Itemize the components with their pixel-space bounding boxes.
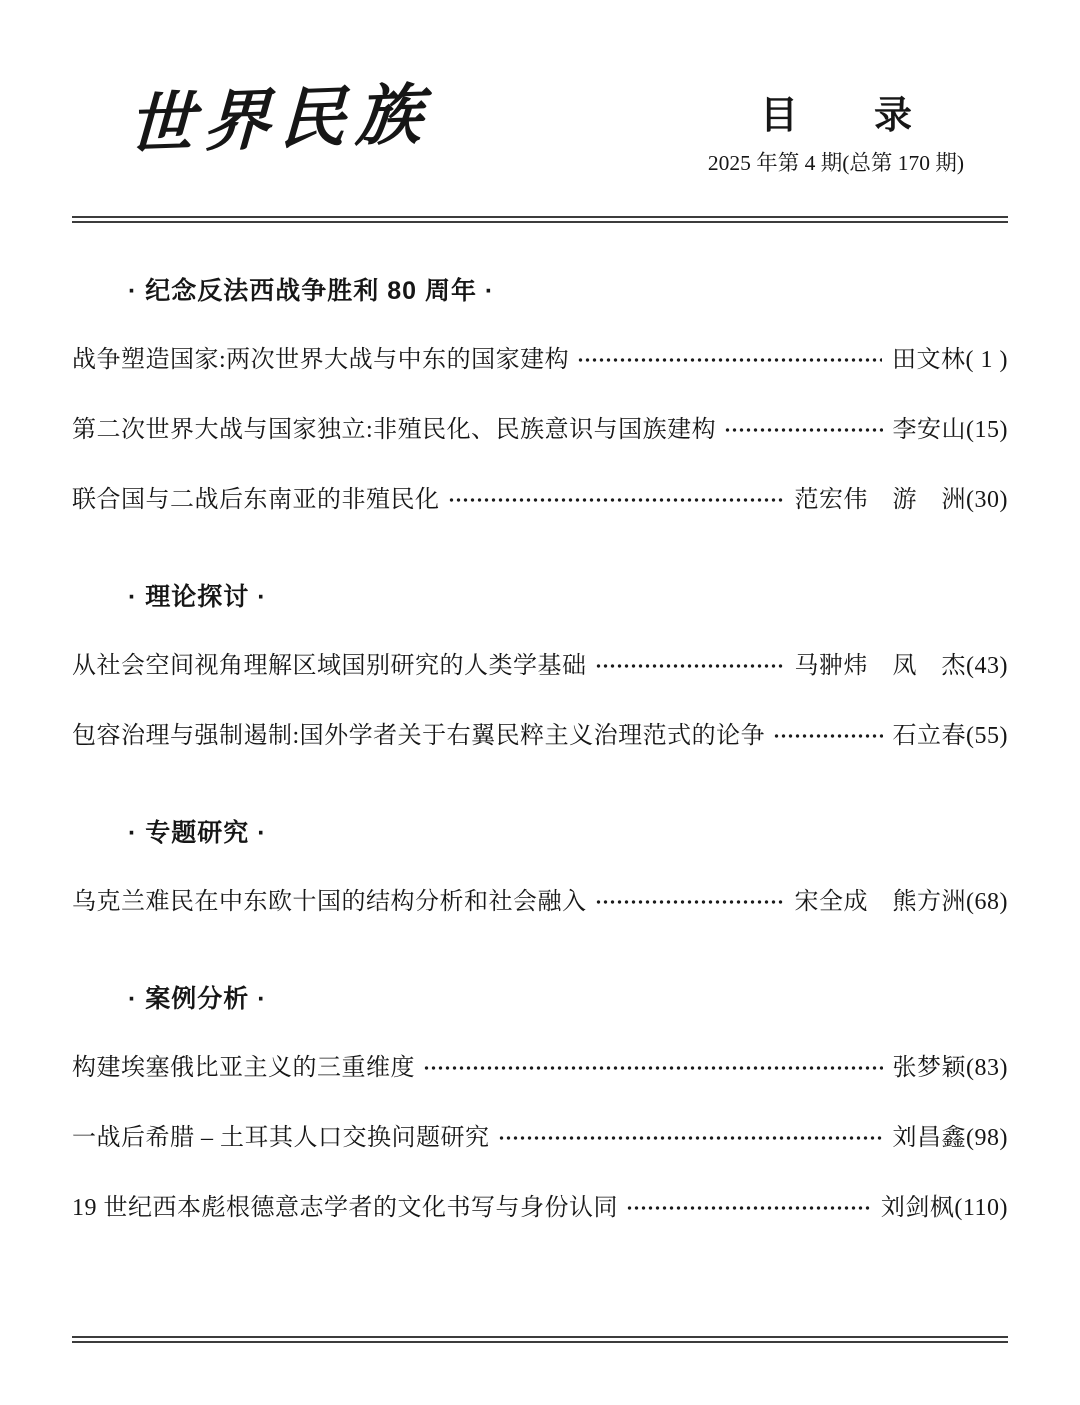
article-title: 一战后希腊 – 土耳其人口交换问题研究 xyxy=(72,1122,490,1155)
article-authors-page: 马翀炜 凤 杰(43) xyxy=(795,650,1008,683)
toc-entry: 构建埃塞俄比亚主义的三重维度 张梦颖(83) xyxy=(72,1051,1008,1085)
top-double-rule xyxy=(72,216,1008,223)
contents-title: 目 录 xyxy=(696,96,976,138)
article-authors-page: 刘剑枫(110) xyxy=(881,1192,1008,1225)
toc-entry: 乌克兰难民在中东欧十国的结构分析和社会融入 宋全成 熊方洲(68) xyxy=(72,885,1008,919)
section-header: · 专题研究 · xyxy=(128,813,1008,849)
article-title: 联合国与二战后东南亚的非殖民化 xyxy=(72,484,440,517)
dot-leader xyxy=(773,724,882,748)
toc-entry: 包容治理与强制遏制:国外学者关于右翼民粹主义治理范式的论争 石立春(55) xyxy=(72,719,1008,753)
article-authors-page: 石立春(55) xyxy=(893,720,1008,753)
toc-entry: 从社会空间视角理解区域国别研究的人类学基础 马翀炜 凤 杰(43) xyxy=(72,649,1008,683)
article-authors-page: 刘昌鑫(98) xyxy=(893,1122,1008,1155)
article-title: 战争塑造国家:两次世界大战与中东的国家建构 xyxy=(72,344,569,377)
article-title: 第二次世界大战与国家独立:非殖民化、民族意识与国族建构 xyxy=(72,414,716,447)
journal-toc-page: 世界民族 目 录 2025 年第 4 期(总第 170 期) · 纪念反法西战争… xyxy=(0,0,1080,1405)
article-title: 19 世纪西本彪根德意志学者的文化书写与身份认同 xyxy=(72,1192,618,1225)
section-anniversary: · 纪念反法西战争胜利 80 周年 · 战争塑造国家:两次世界大战与中东的国家建… xyxy=(72,271,1008,517)
article-authors-page: 宋全成 熊方洲(68) xyxy=(795,886,1008,919)
section-special-topic: · 专题研究 · 乌克兰难民在中东欧十国的结构分析和社会融入 宋全成 熊方洲(6… xyxy=(72,813,1008,919)
table-of-contents: · 纪念反法西战争胜利 80 周年 · 战争塑造国家:两次世界大战与中东的国家建… xyxy=(0,223,1080,1225)
section-case-study: · 案例分析 · 构建埃塞俄比亚主义的三重维度 张梦颖(83) 一战后希腊 – … xyxy=(72,979,1008,1225)
article-authors-page: 张梦颖(83) xyxy=(893,1052,1008,1085)
toc-entry: 一战后希腊 – 土耳其人口交换问题研究 刘昌鑫(98) xyxy=(72,1121,1008,1155)
dot-leader xyxy=(595,890,785,914)
dot-leader xyxy=(423,1056,883,1080)
toc-entry: 19 世纪西本彪根德意志学者的文化书写与身份认同 刘剑枫(110) xyxy=(72,1191,1008,1225)
section-header: · 理论探讨 · xyxy=(128,577,1008,613)
dot-leader xyxy=(498,1126,883,1150)
masthead-right: 目 录 2025 年第 4 期(总第 170 期) xyxy=(696,96,976,177)
article-title: 乌克兰难民在中东欧十国的结构分析和社会融入 xyxy=(72,886,587,919)
toc-entry: 第二次世界大战与国家独立:非殖民化、民族意识与国族建构 李安山(15) xyxy=(72,413,1008,447)
dot-leader xyxy=(595,654,785,678)
section-header: · 案例分析 · xyxy=(128,979,1008,1015)
masthead: 世界民族 目 录 2025 年第 4 期(总第 170 期) xyxy=(0,0,1080,216)
article-title: 包容治理与强制遏制:国外学者关于右翼民粹主义治理范式的论争 xyxy=(72,720,765,753)
dot-leader xyxy=(724,418,882,442)
issue-info: 2025 年第 4 期(总第 170 期) xyxy=(696,146,976,177)
article-authors-page: 田文林( 1 ) xyxy=(892,344,1008,377)
journal-logo-calligraphy: 世界民族 xyxy=(126,61,433,167)
article-authors-page: 李安山(15) xyxy=(893,414,1008,447)
section-theory: · 理论探讨 · 从社会空间视角理解区域国别研究的人类学基础 马翀炜 凤 杰(4… xyxy=(72,577,1008,753)
dot-leader xyxy=(448,488,785,512)
section-header: · 纪念反法西战争胜利 80 周年 · xyxy=(128,271,1008,307)
toc-entry: 战争塑造国家:两次世界大战与中东的国家建构 田文林( 1 ) xyxy=(72,343,1008,377)
article-title: 从社会空间视角理解区域国别研究的人类学基础 xyxy=(72,650,587,683)
dot-leader xyxy=(577,348,882,372)
article-authors-page: 范宏伟 游 洲(30) xyxy=(795,484,1008,517)
article-title: 构建埃塞俄比亚主义的三重维度 xyxy=(72,1052,415,1085)
bottom-double-rule xyxy=(72,1336,1008,1343)
toc-entry: 联合国与二战后东南亚的非殖民化 范宏伟 游 洲(30) xyxy=(72,483,1008,517)
dot-leader xyxy=(626,1196,871,1220)
